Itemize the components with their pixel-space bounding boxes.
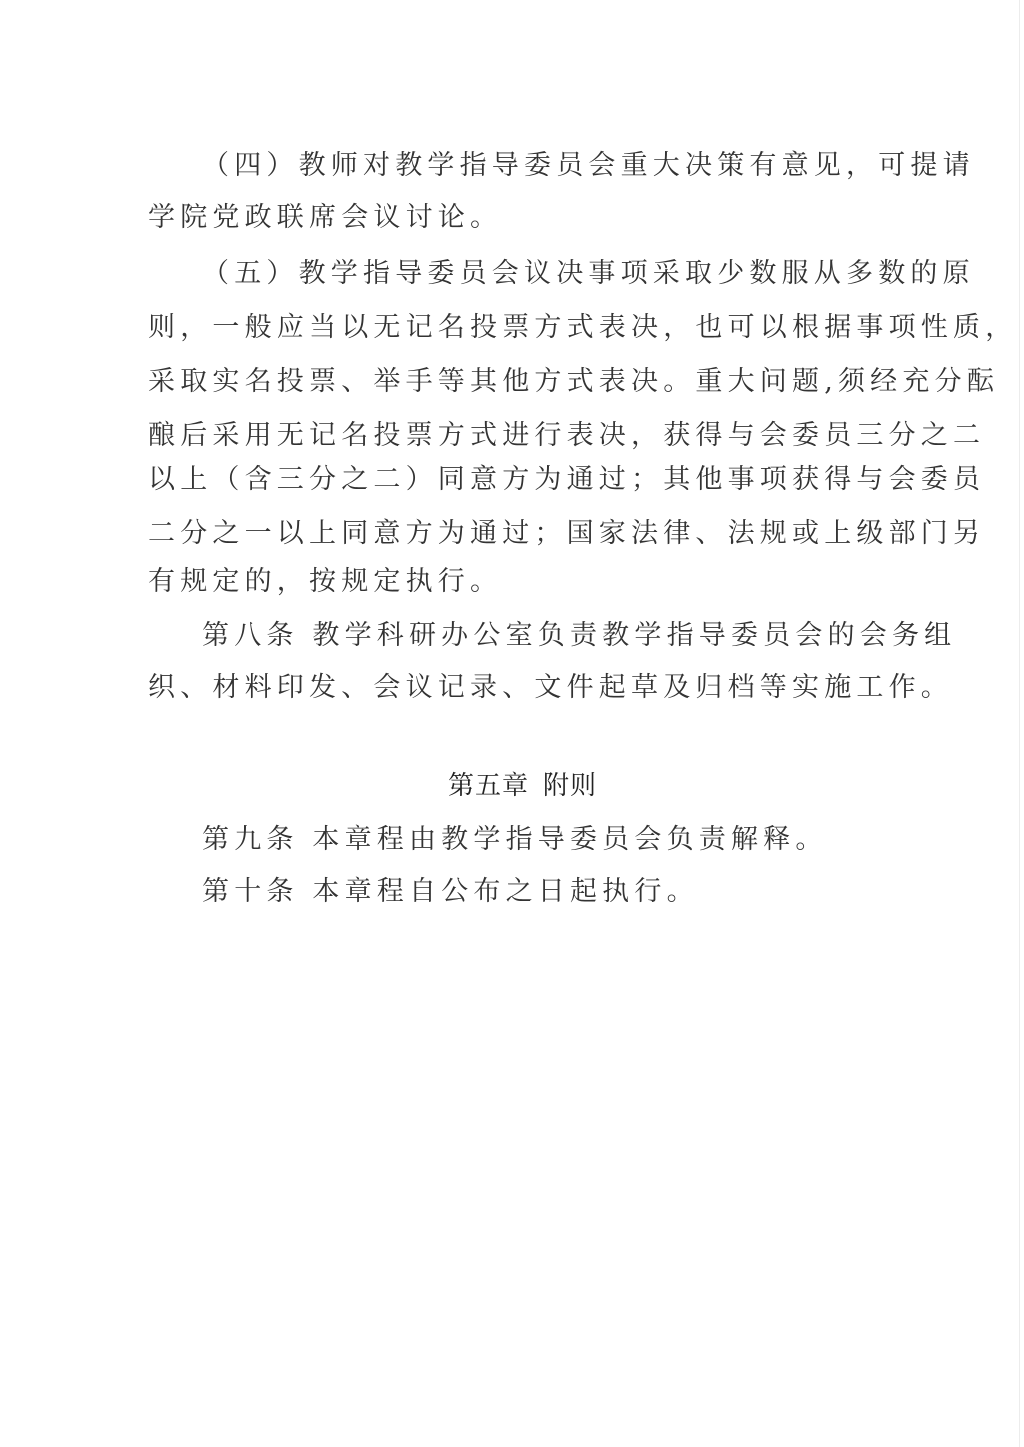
chapter-number: 第五章 xyxy=(448,771,529,801)
paragraph-item5-line-6: 二分之一以上同意方为通过；国家法律、法规或上级部门另 xyxy=(148,516,985,552)
paragraph-item4-line-1: （四）教师对教学指导委员会重大决策有意见，可提请 xyxy=(202,148,975,184)
article9: 第九条 本章程由教学指导委员会负责解释。 xyxy=(202,822,828,858)
paragraph-item5-line-1: （五）教学指导委员会议决事项采取少数服从多数的原 xyxy=(202,256,975,292)
article8-line-1: 第八条 教学科研办公室负责教学指导委员会的会务组 xyxy=(202,618,956,654)
paragraph-item5-line-4: 酿后采用无记名投票方式进行表决，获得与会委员三分之二 xyxy=(148,418,985,454)
article10: 第十条 本章程自公布之日起执行。 xyxy=(202,874,699,910)
chapter-heading: 第五章附则 xyxy=(448,768,597,804)
paragraph-item5-line-2: 则，一般应当以无记名投票方式表决，也可以根据事项性质， xyxy=(148,310,1017,346)
paragraph-item4-line-2: 学院党政联席会议讨论。 xyxy=(148,200,502,236)
paragraph-item5-line-7: 有规定的，按规定执行。 xyxy=(148,564,502,600)
article8-line-2: 织、材料印发、会议记录、文件起草及归档等实施工作。 xyxy=(148,670,953,706)
paragraph-item5-line-5: 以上（含三分之二）同意方为通过；其他事项获得与会委员 xyxy=(148,462,985,498)
chapter-title: 附则 xyxy=(543,771,597,801)
document-page: （四）教师对教学指导委员会重大决策有意见，可提请 学院党政联席会议讨论。 （五）… xyxy=(0,0,1024,1447)
paragraph-item5-line-3: 采取实名投票、举手等其他方式表决。重大问题,须经充分酝 xyxy=(148,364,999,400)
